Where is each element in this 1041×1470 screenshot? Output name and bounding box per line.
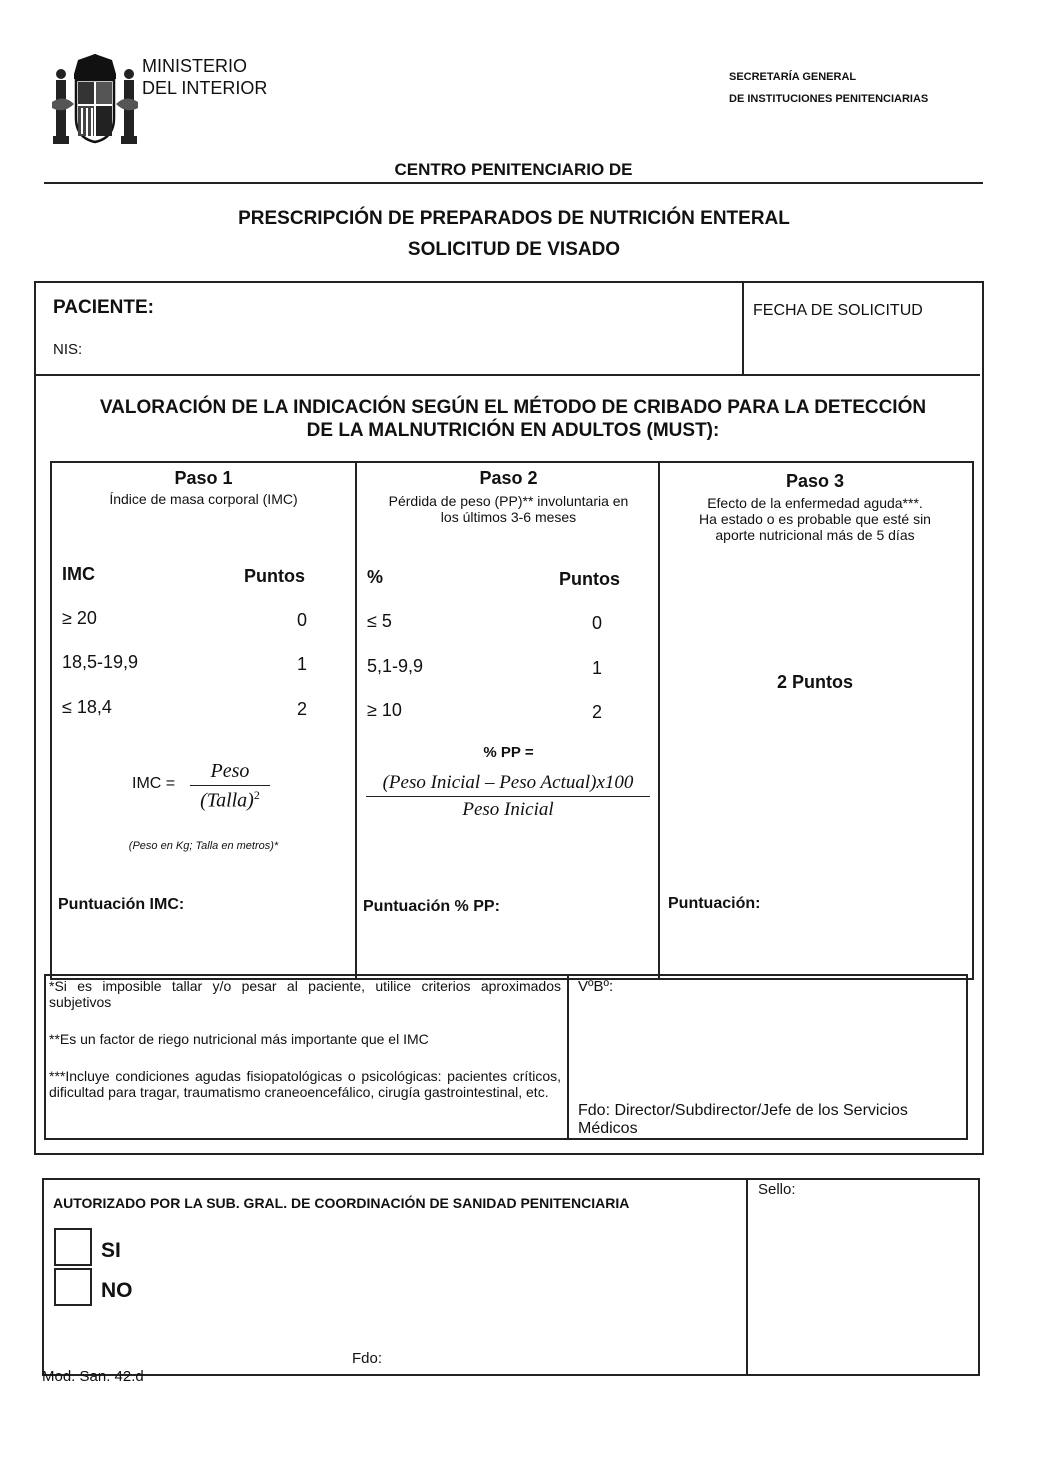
footnotes-divider [567,974,569,1138]
step2-row2-points: 1 [592,658,602,679]
patient-row-divider [742,281,744,374]
step1-row3-points: 2 [297,699,307,720]
imc-formula-exp: 2 [254,788,260,802]
step2-subtitle: Pérdida de peso (PP)** involuntaria en l… [357,493,660,525]
step3-title: Paso 3 [660,471,970,492]
secretaria-name: SECRETARÍA GENERAL DE INSTITUCIONES PENI… [729,66,928,110]
form-title: PRESCRIPCIÓN DE PREPARADOS DE NUTRICIÓN … [0,208,1028,230]
fecha-solicitud-label: FECHA DE SOLICITUD [753,302,923,320]
imc-formula-fraction: Peso (Talla)2 [190,760,270,813]
authorization-title: AUTORIZADO POR LA SUB. GRAL. DE COORDINA… [53,1195,629,1211]
step3-score-field[interactable] [668,917,964,967]
centro-label: CENTRO PENITENCIARIO DE [44,160,983,180]
ministry-line1: MINISTERIO [142,55,267,77]
vobo-label: VºBº: [578,978,613,995]
coat-of-arms-icon [52,54,138,146]
pp-formula-fraction: (Peso Inicial – Peso Actual)x100 Peso In… [366,772,650,821]
step2-col-header: % [367,567,383,588]
step1-row3-range: ≤ 18,4 [62,697,112,718]
step1-row2-range: 18,5-19,9 [62,652,138,673]
step3-subtitle-line2: Ha estado o es probable que esté sin [660,511,970,527]
step3-subtitle: Efecto de la enfermedad aguda***. Ha est… [660,495,970,543]
imc-formula-den: (Talla)2 [190,788,270,813]
fdo-label: Fdo: [352,1350,382,1367]
imc-formula-den-text: (Talla) [200,790,254,812]
step1-col-header: IMC [62,564,95,585]
imc-formula-lhs: IMC = [132,775,175,793]
step3-score-label: Puntuación: [668,895,760,913]
must-title-line2: DE LA MALNUTRICIÓN EN ADULTOS (MUST): [40,419,986,442]
ministry-name: MINISTERIO DEL INTERIOR [142,55,267,99]
must-section-title: VALORACIÓN DE LA INDICACIÓN SEGÚN EL MÉT… [40,396,986,442]
authorization-divider [746,1178,748,1374]
vobo-signature-field[interactable] [578,1000,958,1096]
pp-formula-lhs: % PP = [357,744,660,761]
paciente-field[interactable] [170,294,730,322]
step1-score-field[interactable] [58,918,348,968]
step2-row2-range: 5,1-9,9 [367,656,423,677]
model-code: Mod. San. 42.d [42,1368,144,1385]
step1-title: Paso 1 [52,468,355,489]
form-subtitle: SOLICITUD DE VISADO [0,239,1028,261]
step1-row1-range: ≥ 20 [62,608,97,629]
step2-points-header: Puntos [559,569,620,590]
step-divider-1 [355,463,357,978]
must-title-line1: VALORACIÓN DE LA INDICACIÓN SEGÚN EL MÉT… [40,396,986,419]
pp-formula-num: (Peso Inicial – Peso Actual)x100 [366,772,650,794]
secretaria-line2: DE INSTITUCIONES PENITENCIARIAS [729,88,928,110]
step1-points-header: Puntos [244,566,305,587]
step3-subtitle-line1: Efecto de la enfermedad aguda***. [660,495,970,511]
footnote-3: ***Incluye condiciones agudas fisiopatol… [49,1068,561,1100]
footnote-2: **Es un factor de riego nutricional más … [49,1031,561,1047]
step2-row1-range: ≤ 5 [367,611,392,632]
step2-score-label: Puntuación % PP: [363,898,500,916]
step2-row3-range: ≥ 10 [367,700,402,721]
sello-stamp-area[interactable] [758,1202,968,1362]
secretaria-line1: SECRETARÍA GENERAL [729,66,928,88]
imc-formula-note: (Peso en Kg; Talla en metros)* [52,840,355,852]
imc-formula-num: Peso [190,760,270,783]
checkbox-si[interactable] [54,1228,92,1266]
nis-field[interactable] [90,338,730,364]
centro-penitenciario-field[interactable]: CENTRO PENITENCIARIO DE [44,160,983,184]
fraction-bar [190,785,270,786]
step3-subtitle-line3: aporte nutricional más de 5 días [660,527,970,543]
step2-subtitle-line2: los últimos 3-6 meses [357,509,660,525]
must-steps-table: Paso 1 Índice de masa corporal (IMC) IMC… [50,461,974,980]
paciente-label: PACIENTE: [53,297,154,319]
step2-score-field[interactable] [363,920,651,970]
director-signer-label: Fdo: Director/Subdirector/Jefe de los Se… [578,1102,958,1138]
checkbox-no-label: NO [101,1279,133,1303]
step2-row3-points: 2 [592,702,602,723]
footnote-1: *Si es imposible tallar y/o pesar al pac… [49,978,561,1010]
step1-score-label: Puntuación IMC: [58,896,184,914]
fecha-solicitud-field[interactable] [752,328,972,368]
fdo-signature-field[interactable] [392,1340,732,1368]
step3-points: 2 Puntos [660,672,970,693]
checkbox-si-label: SI [101,1239,121,1263]
pp-formula-den: Peso Inicial [366,799,650,821]
step1-subtitle: Índice de masa corporal (IMC) [52,491,355,507]
step2-subtitle-line1: Pérdida de peso (PP)** involuntaria en [357,493,660,509]
fraction-bar [366,796,650,797]
ministry-line2: DEL INTERIOR [142,77,267,99]
step2-row1-points: 0 [592,613,602,634]
step1-row1-points: 0 [297,610,307,631]
checkbox-no[interactable] [54,1268,92,1306]
step2-title: Paso 2 [357,468,660,489]
sello-label: Sello: [758,1181,796,1198]
nis-label: NIS: [53,341,82,358]
step1-row2-points: 1 [297,654,307,675]
